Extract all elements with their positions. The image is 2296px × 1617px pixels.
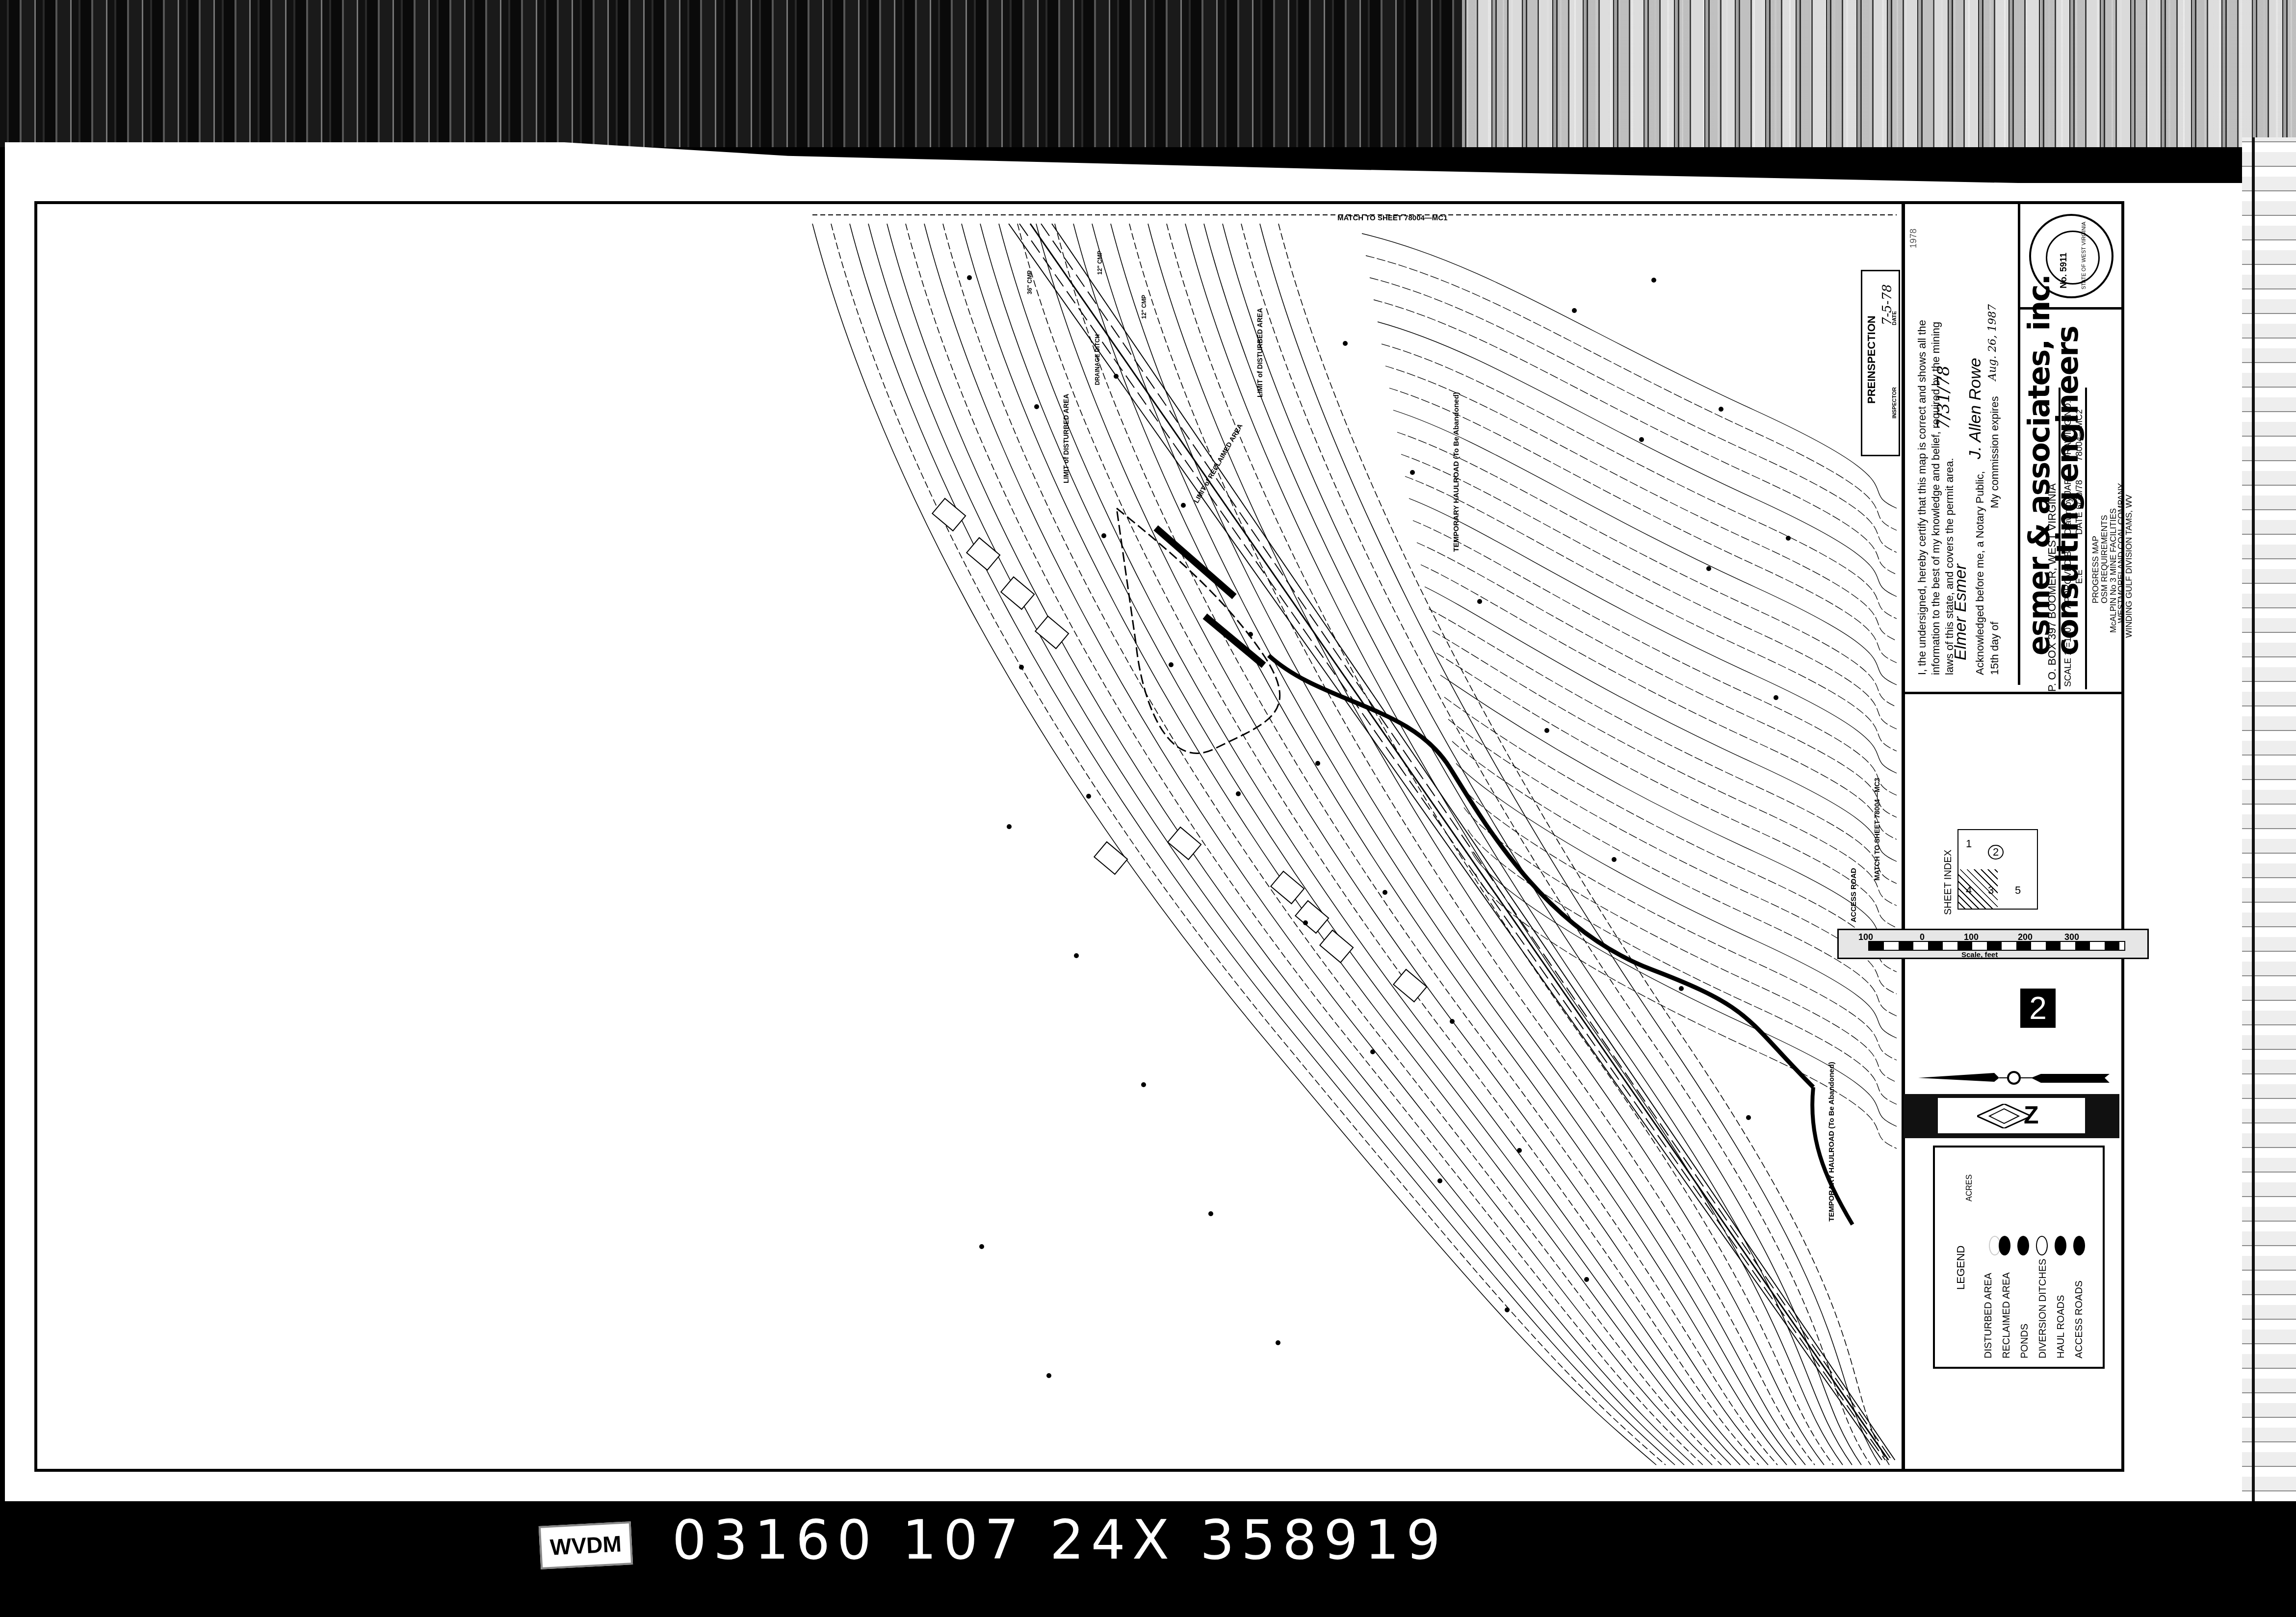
sheet-index-grid: 1 4 2 3 5 — [1957, 829, 2038, 910]
scale-value: 1"=100' — [2063, 626, 2073, 655]
match-right-label: MATCH TO SHEET 78004—MC3 — [1873, 778, 1881, 881]
company-address: P. O. BOX 397 BOOMER, WEST VIRGINIA — [2046, 483, 2059, 692]
legend-acres-label: ACRES — [1965, 1174, 1974, 1201]
certification-block: I, the undersigned, hereby certify that … — [1905, 204, 2013, 685]
scale-caption: Scale, feet — [1961, 951, 1998, 959]
sheet-cell-2: 2 — [1988, 845, 2004, 860]
received-stamp: 1978 — [1907, 229, 1920, 248]
date-label: DATE — [2074, 512, 2084, 535]
sheet-cell-5: 5 — [2015, 884, 2021, 897]
drainage-ditch-label: DRAINAGE DITCH — [1094, 334, 1101, 385]
legend-item-diversion: DIVERSION DITCHES — [2037, 1259, 2049, 1358]
cmp-36-label: 36" CMP — [1026, 270, 1033, 294]
sheet-index: SHEET INDEX 1 4 2 3 5 — [1943, 824, 2119, 927]
meta-divider — [2059, 388, 2061, 689]
seal-state: STATE OF WEST VIRGINIA — [2081, 222, 2087, 289]
access-road-label: ACCESS ROAD — [1850, 868, 1858, 922]
cert-line-6: My commission expires — [1988, 396, 2001, 508]
topographic-map: MATCH TO SHEET 78004—MC1 — [37, 204, 1902, 1469]
approved-by: E.E — [2074, 570, 2085, 584]
sheet-cell-4: 4 — [1966, 884, 1972, 897]
match-top-label: MATCH TO SHEET 78004—MC1 — [1337, 214, 1448, 222]
legend-swatch-reclaimed — [1999, 1236, 2010, 1255]
limit-disturbed-label-2: LIMIT of DISTURBED AREA — [1256, 308, 1264, 397]
scale-bar: 100 0 100 200 300 Scale, feet — [1837, 929, 2149, 959]
drawn-by: Drawn by JAR — [2063, 478, 2073, 535]
legend-item-reclaimed: RECLAIMED AREA — [2001, 1272, 2012, 1358]
project-line-5: WINDING GULF DIVISION TAMS, WV — [2124, 495, 2134, 638]
engineer-signature: Elmer Esmer — [1954, 564, 1967, 660]
film-code: 03160 107 24X 358919 — [672, 1509, 1447, 1571]
sheet-cell-3: 3 — [1988, 884, 1994, 897]
legend-item-ponds: PONDS — [2019, 1324, 2031, 1358]
scan-edge-strip — [2242, 137, 2296, 1501]
sheet-cell-1: 1 — [1966, 837, 1972, 850]
legend: LEGEND ACRES DISTURBED AREA RECLAIMED AR… — [1933, 1146, 2105, 1369]
north-arrow-icon — [1904, 1067, 2119, 1087]
project-line-1: PROGRESS MAP — [2091, 536, 2101, 603]
drawing-no-label: DRAWING NO. — [2063, 401, 2073, 461]
legend-item-access: ACCESS ROADS — [2074, 1280, 2085, 1358]
legend-swatch-access — [2073, 1236, 2085, 1255]
cert-line-5: 15th day of — [1988, 622, 2001, 675]
approved-by-label: APPROVED BY — [2063, 545, 2073, 608]
project-line-2: OSM REQUIREMENTS — [2100, 515, 2110, 603]
drawn-by-value: JAR — [2063, 478, 2073, 495]
legend-swatch-diversion — [2036, 1236, 2048, 1255]
notary-signature: J. Allen Rowe — [1969, 358, 1982, 459]
limit-disturbed-label-1: LIMIT of DISTURBED AREA — [1062, 394, 1070, 483]
scale-label: SCALE 1"=100' — [2063, 626, 2073, 687]
sheet-number-badge: 2 — [2020, 989, 2056, 1028]
preinspection-inspector-label: INSPECTOR — [1892, 387, 1898, 418]
cert-date: 7/31/78 — [1937, 365, 1950, 430]
scale-bar-segments — [1868, 941, 2125, 951]
drawn-by-label: Drawn by — [2063, 497, 2073, 535]
meta-divider-2 — [2085, 388, 2087, 689]
legend-title: LEGEND — [1955, 1246, 1967, 1290]
haulroad-label-1: TEMPORARY HAULROAD (To Be Abandoned) — [1452, 392, 1461, 552]
date-value: 6/30/78 — [2074, 480, 2084, 509]
date-field: DATE 6/30/78 — [2074, 480, 2085, 535]
preinspection-title: PREINSPECTION — [1865, 315, 1878, 404]
cmp-12b-label: 12" CMP — [1141, 295, 1148, 319]
cmp-12a-label: 12" CMP — [1096, 251, 1103, 275]
compass-diamond-icon — [1977, 1104, 2031, 1128]
preinspection-stamp: PREINSPECTION 7-5-78 DATE INSPECTOR — [1861, 270, 1900, 456]
legend-swatch-ponds — [2017, 1236, 2029, 1255]
sheet-index-title: SHEET INDEX — [1943, 850, 1954, 915]
title-divider — [1905, 692, 2121, 694]
cert-line-1: I, the undersigned, hereby certify that … — [1916, 320, 1929, 675]
legend-item-disturbed: DISTURBED AREA — [1983, 1273, 1994, 1358]
compass-band: Z — [1904, 1094, 2119, 1138]
drawing-no: 78004—MC2 — [2074, 409, 2085, 461]
legend-item-haul: HAUL ROADS — [2056, 1295, 2067, 1358]
preinspection-date-label: DATE — [1892, 311, 1898, 325]
scale-label-text: SCALE — [2063, 658, 2073, 687]
scan-noise-top — [0, 0, 2296, 147]
legend-swatch-haul — [2055, 1236, 2066, 1255]
agency-stamp: WVDM — [539, 1521, 633, 1569]
seal-number: No. 5911 — [2059, 253, 2069, 288]
haulroad-label-2: TEMPORARY HAULROAD (To Be Abandoned) — [1827, 1062, 1836, 1222]
cert-line-4: Acknowledged before me, a Notary Public, — [1974, 471, 1986, 675]
commission-expires: Aug. 26, 1987 — [1986, 304, 1999, 381]
north-letter: Z — [2024, 1101, 2039, 1129]
